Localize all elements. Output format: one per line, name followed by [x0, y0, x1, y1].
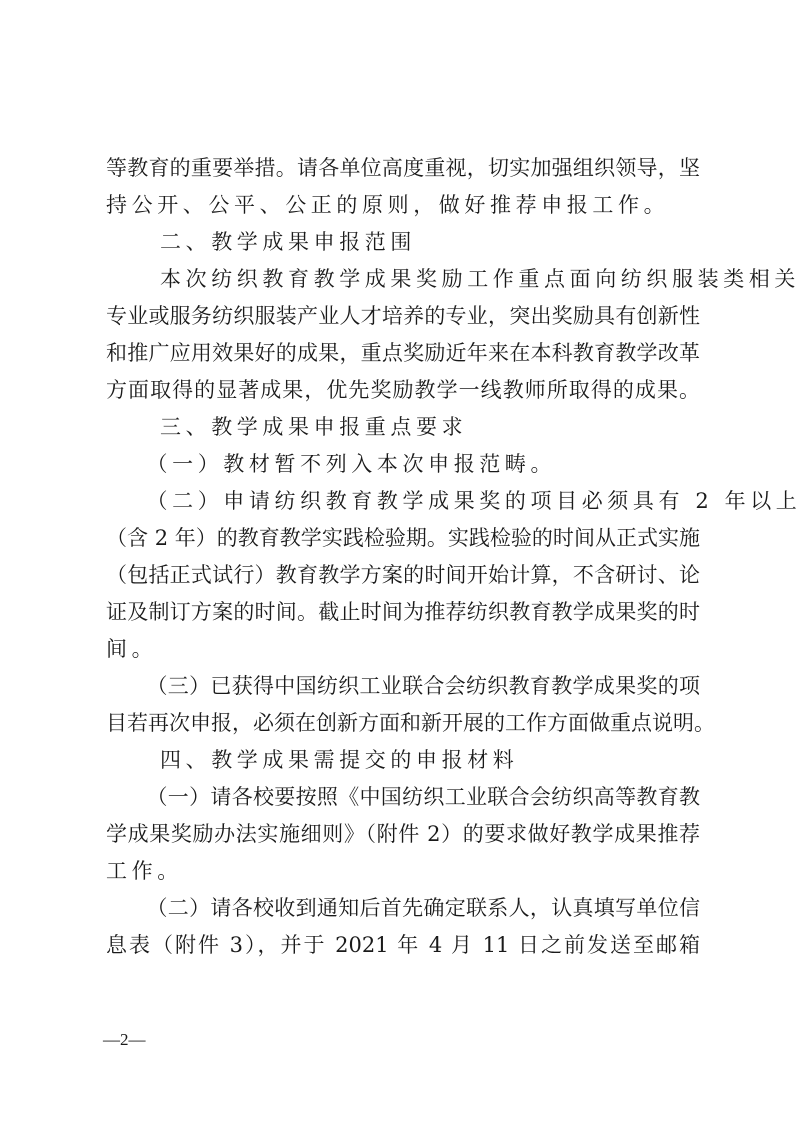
body-line: 和推广应用效果好的成果，重点奖励近年来在本科教育教学改革 — [106, 335, 700, 372]
section-heading: 二、教学成果申报范围 — [160, 224, 416, 261]
list-item: （一）教材暂不列入本次申报范畴。 — [147, 446, 557, 483]
body-line: 本次纺织教育教学成果奖励工作重点面向纺织服装类相关 — [160, 261, 799, 298]
section-heading: 四、教学成果需提交的申报材料 — [160, 742, 518, 779]
body-line: 息表（附件 3），并于 2021 年 4 月 11 日之前发送至邮箱 — [106, 927, 700, 964]
body-line: 专业或服务纺织服装产业人才培养的专业，突出奖励具有创新性 — [106, 298, 700, 335]
body-line: 等教育的重要举措。请各单位高度重视，切实加强组织领导，坚 — [106, 150, 700, 187]
body-line: 目若再次申报，必须在创新方面和新开展的工作方面做重点说明。 — [106, 705, 700, 742]
section-heading: 三、教学成果申报重点要求 — [160, 409, 467, 446]
list-item: （三）已获得中国纺织工业联合会纺织教育教学成果奖的项 — [147, 668, 701, 705]
body-line: 持公开、公平、公正的原则，做好推荐申报工作。 — [106, 187, 669, 224]
page-number: —2— — [103, 1030, 146, 1050]
list-item: （二）申请纺织教育教学成果奖的项目必须具有 2 年以上 — [147, 483, 799, 520]
list-item: （一）请各校要按照《中国纺织工业联合会纺织高等教育教 — [147, 779, 701, 816]
body-line: 学成果奖励办法实施细则》（附件 2）的要求做好教学成果推荐 — [106, 816, 700, 853]
body-line: 间。 — [106, 631, 157, 668]
body-line: （包括正式试行）教育教学方案的时间开始计算，不含研讨、论 — [106, 557, 700, 594]
body-line: 证及制订方案的时间。截止时间为推荐纺织教育教学成果奖的时 — [106, 594, 700, 631]
list-item: （二）请各校收到通知后首先确定联系人，认真填写单位信 — [147, 890, 701, 927]
body-line: （含 2 年）的教育教学实践检验期。实践检验的时间从正式实施 — [106, 520, 700, 557]
body-line: 工作。 — [106, 853, 183, 890]
body-line: 方面取得的显著成果，优先奖励教学一线教师所取得的成果。 — [106, 372, 700, 409]
